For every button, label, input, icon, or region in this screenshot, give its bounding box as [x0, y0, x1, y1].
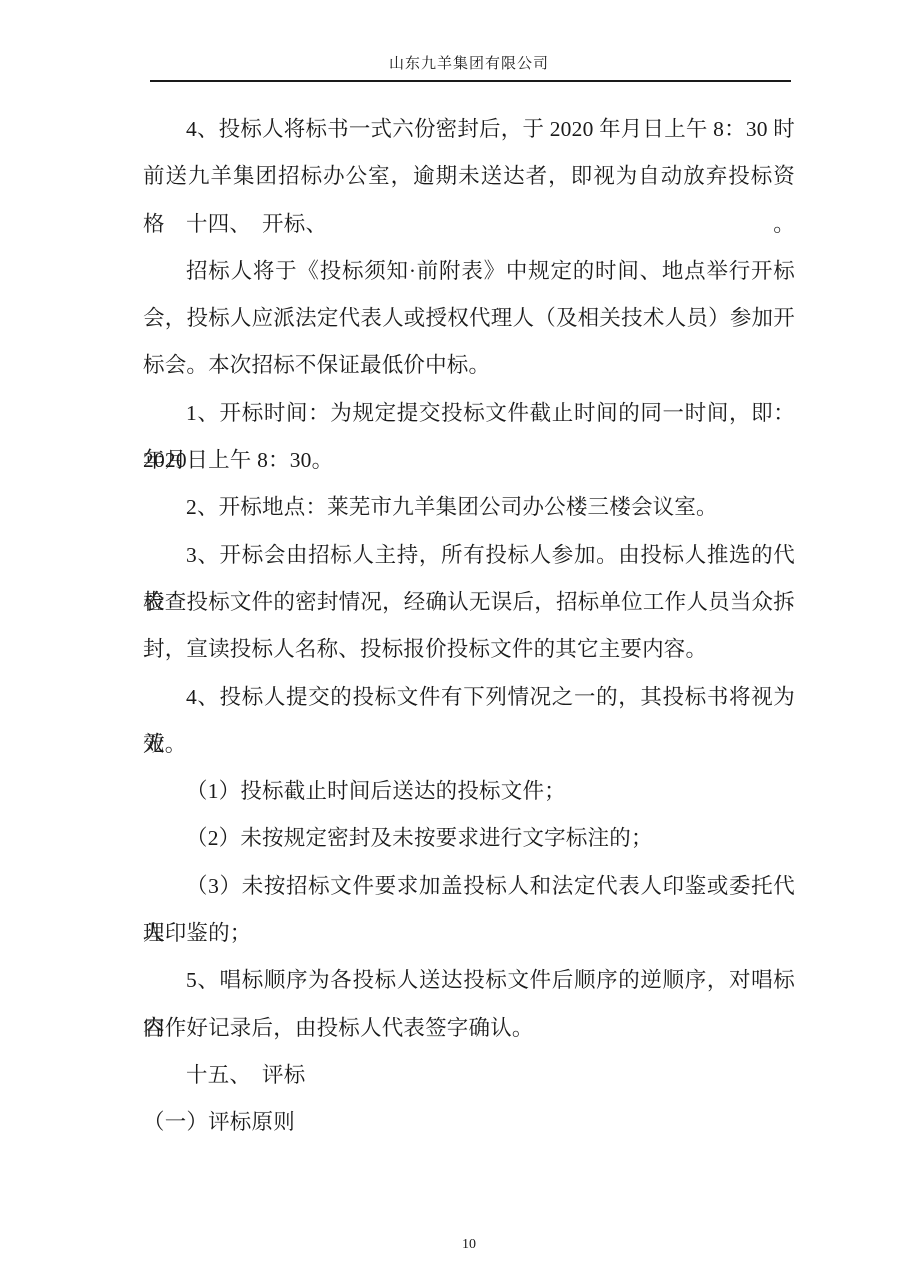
text-line: 1、开标时间：为规定提交投标文件截止时间的同一时间，即：2020 — [143, 390, 795, 437]
text-line: 效。 — [143, 721, 795, 768]
text-line: 招标人将于《投标须知·前附表》中规定的时间、地点举行开标 — [143, 248, 795, 295]
text-line: （一）评标原则 — [143, 1099, 795, 1146]
text-line: 3、开标会由招标人主持，所有投标人参加。由投标人推选的代表 — [143, 532, 795, 579]
text-line: 年月日上午 8：30。 — [143, 437, 795, 484]
text-line: 封，宣读投标人名称、投标报价投标文件的其它主要内容。 — [143, 626, 795, 673]
text-line: （1）投标截止时间后送达的投标文件； — [143, 768, 795, 815]
text-line: （2）未按规定密封及未按要求进行文字标注的； — [143, 815, 795, 862]
text-line: 4、投标人将标书一式六份密封后，于 2020 年月日上午 8：30 时 — [143, 106, 795, 153]
document-body: 4、投标人将标书一式六份密封后，于 2020 年月日上午 8：30 时前送九羊集… — [143, 106, 795, 1147]
text-line: 5、唱标顺序为各投标人送达投标文件后顺序的逆顺序，对唱标内 — [143, 957, 795, 1004]
text-line: 容作好记录后，由投标人代表签字确认。 — [143, 1005, 795, 1052]
text-line: 标会。本次招标不保证最低价中标。 — [143, 342, 795, 389]
text-line: 2、开标地点：莱芜市九羊集团公司办公楼三楼会议室。 — [143, 484, 795, 531]
text-line: 十五、 评标 — [143, 1052, 795, 1099]
page-number: 10 — [143, 1235, 795, 1254]
text-line: 前送九羊集团招标办公室，逾期未送达者，即视为自动放弃投标资格。 — [143, 153, 795, 200]
page-header-company: 山东九羊集团有限公司 — [143, 54, 795, 74]
text-line: （3）未按招标文件要求加盖投标人和法定代表人印鉴或委托代理 — [143, 863, 795, 910]
text-line: 检查投标文件的密封情况，经确认无误后，招标单位工作人员当众拆 — [143, 579, 795, 626]
text-line: 会，投标人应派法定代表人或授权代理人（及相关技术人员）参加开 — [143, 295, 795, 342]
document-page: 山东九羊集团有限公司 4、投标人将标书一式六份密封后，于 2020 年月日上午 … — [0, 0, 900, 1273]
text-line: 人印鉴的； — [143, 910, 795, 957]
header-divider-line — [150, 80, 791, 82]
text-line: 4、投标人提交的投标文件有下列情况之一的，其投标书将视为无 — [143, 674, 795, 721]
